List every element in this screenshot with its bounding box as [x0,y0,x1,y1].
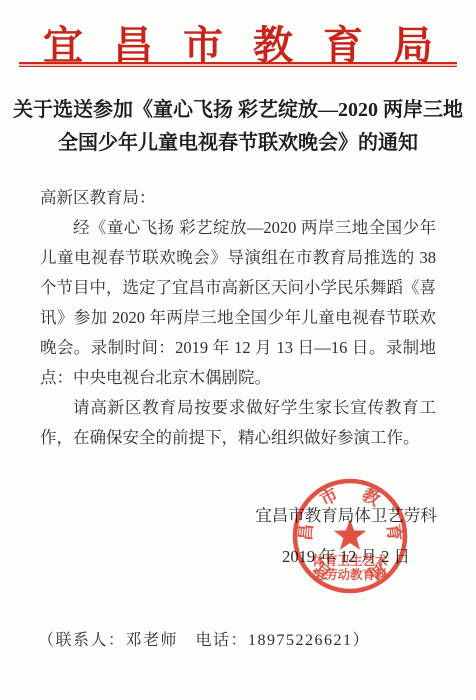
signature-date: 2019 年 12 月 2 日 [236,543,456,567]
contact-info: （联系人：邓老师 电话：18975226621） [38,627,370,650]
notice-title: 关于选送参加《童心飞扬 彩艺绽放—2020 两岸三地 全国少年儿童电视春节联欢晚… [12,94,464,160]
body-paragraph: 请高新区教育局按要求做好学生家长宣传教育工作，在确保安全的前提下，精心组织做好参… [40,393,436,453]
signature-block: 宜昌市教育局体卫艺劳科 2019 年 12 月 2 日 [236,502,456,567]
body-paragraph: 经《童心飞扬 彩艺绽放—2020 两岸三地全国少年儿童电视春节联欢晚会》导演组在… [40,213,436,393]
notice-body: 高新区教育局： 经《童心飞扬 彩艺绽放—2020 两岸三地全国少年儿童电视春节联… [40,183,436,453]
notice-title-line-2: 全国少年儿童电视春节联欢晚会》的通知 [12,127,464,160]
salutation: 高新区教育局： [40,183,436,213]
official-notice-document: 宜昌市教育局 关于选送参加《童心飞扬 彩艺绽放—2020 两岸三地 全国少年儿童… [0,0,476,700]
notice-title-line-1: 关于选送参加《童心飞扬 彩艺绽放—2020 两岸三地 [12,94,464,127]
seal-inner-line-2: 与劳动教育科 [312,567,388,582]
letterhead-divider-rule [19,62,457,67]
signature-department: 宜昌市教育局体卫艺劳科 [236,502,456,526]
